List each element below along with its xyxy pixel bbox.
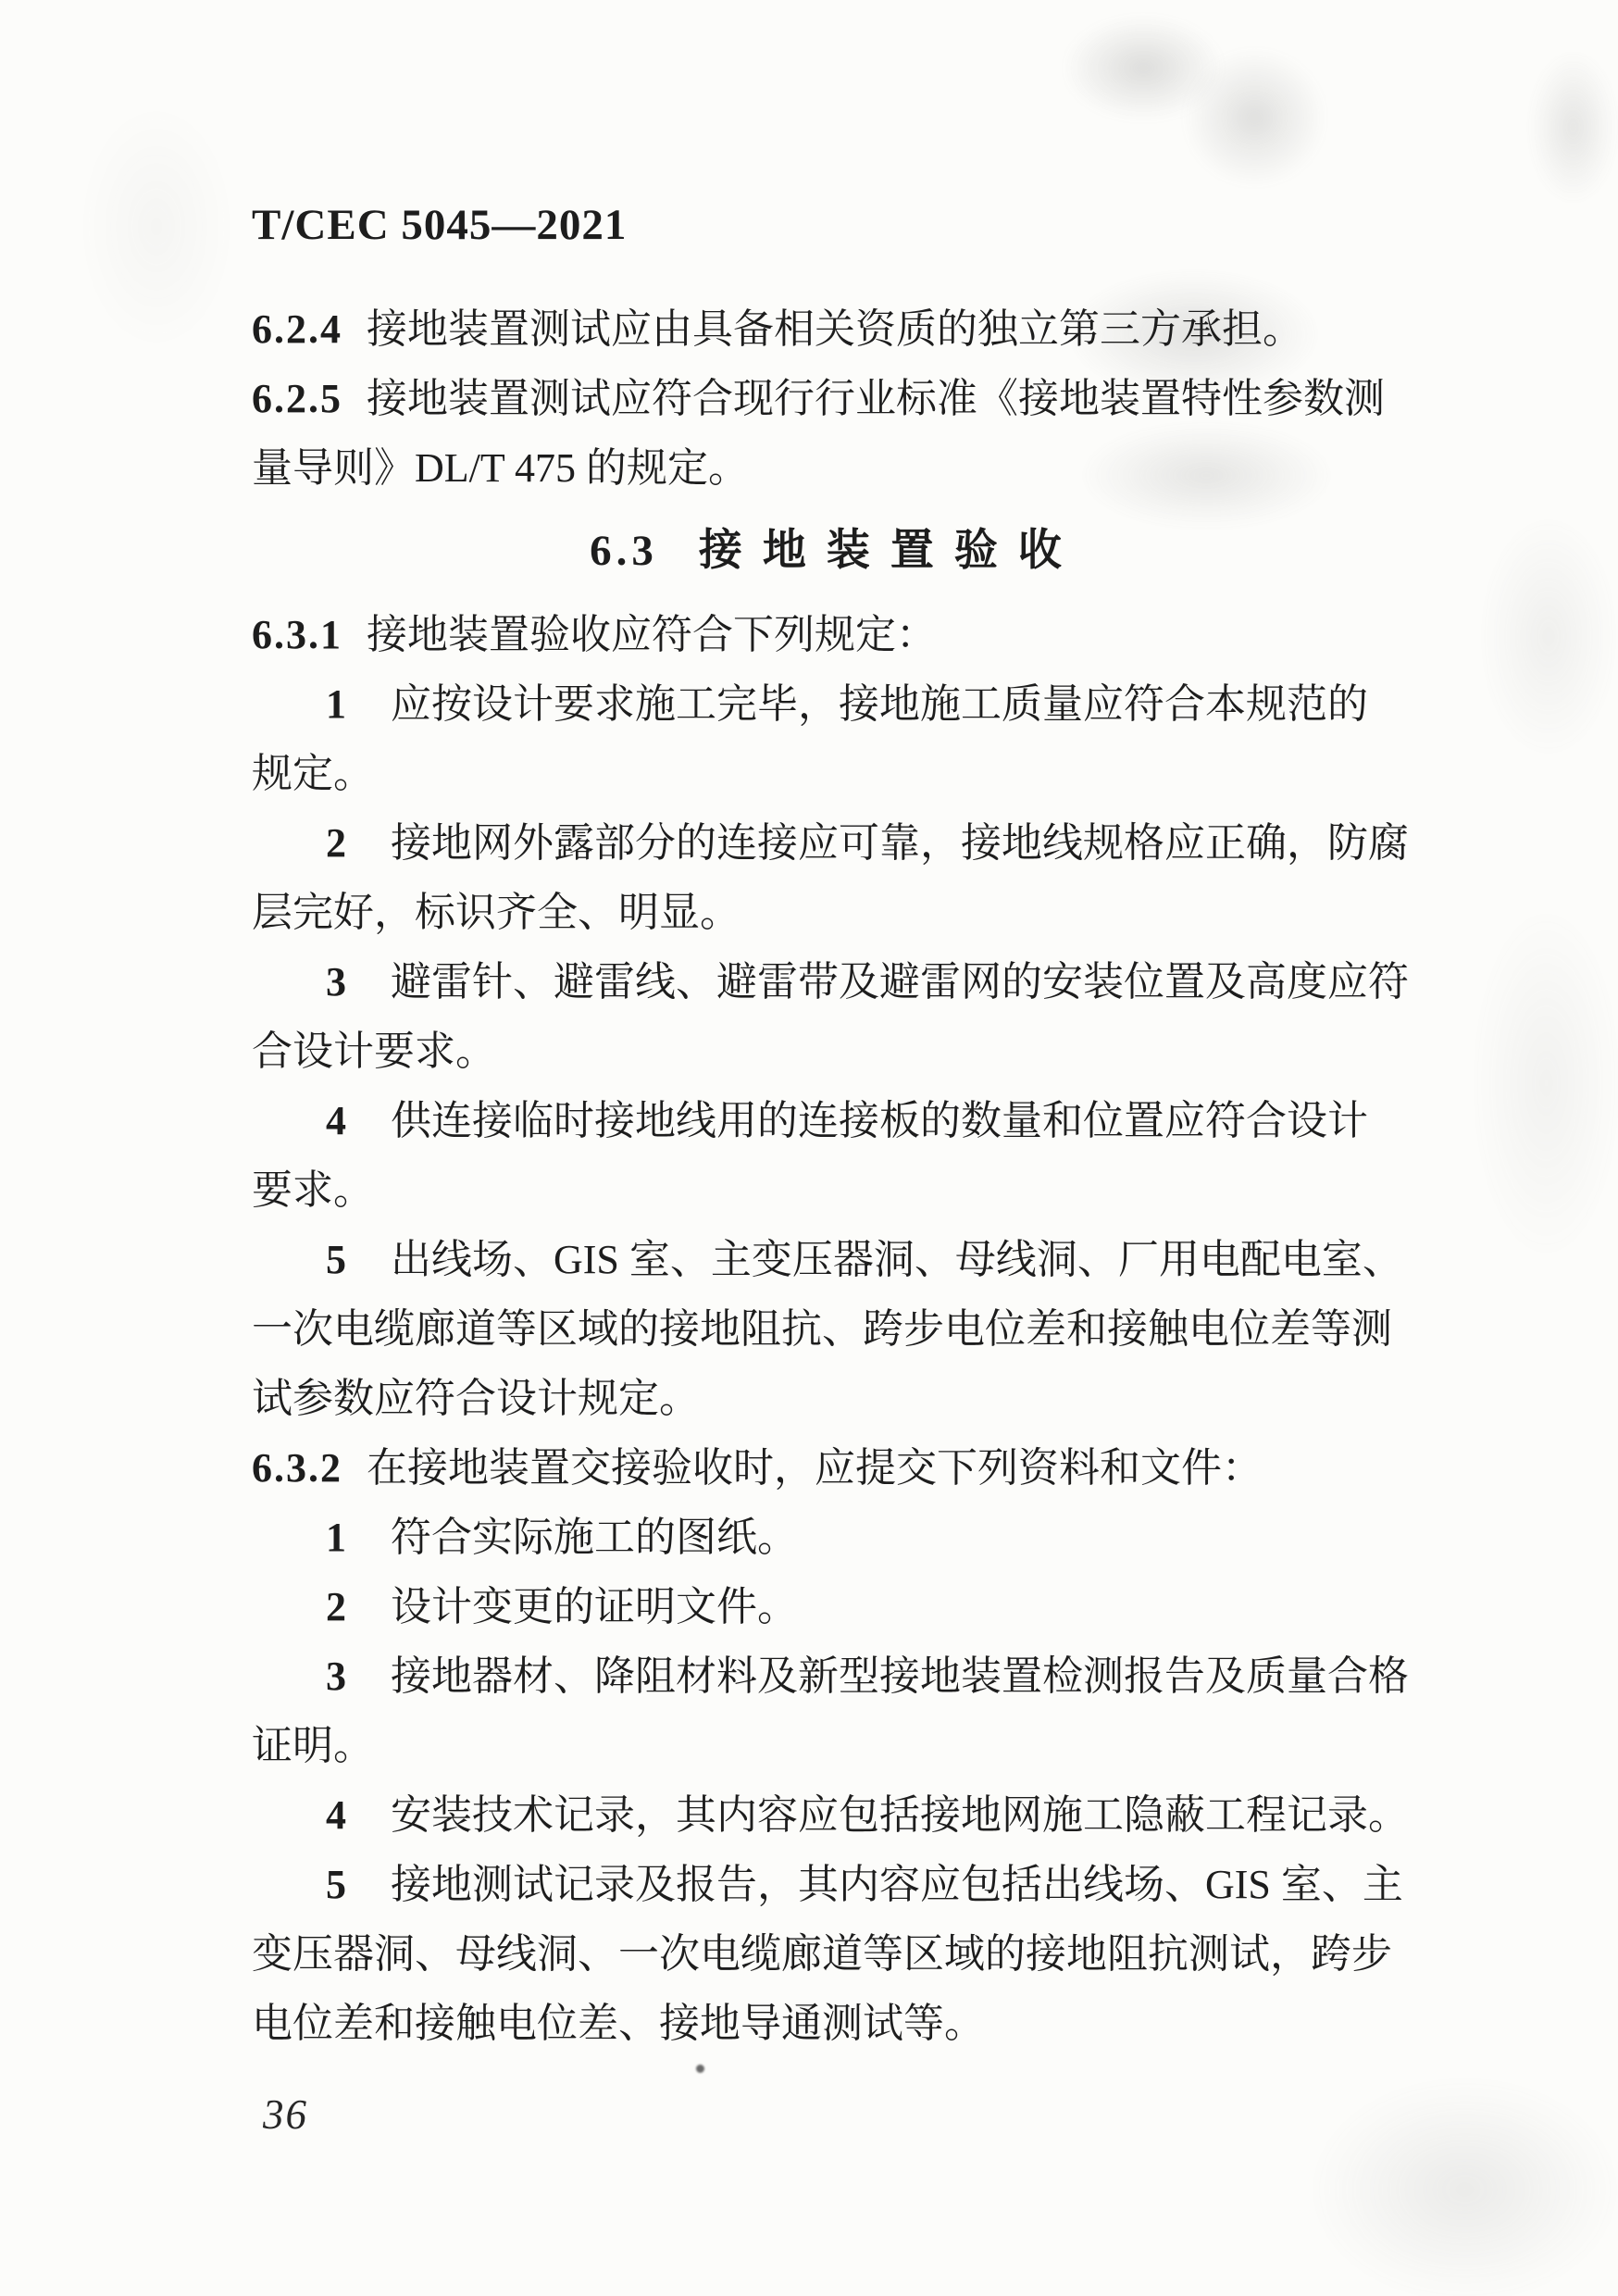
line-text: 合设计要求。: [252, 1029, 496, 1074]
document-body: 6.2.4接地装置测试应由具备相关资质的独立第三方承担。6.2.5接地装置测试应…: [252, 294, 1420, 2058]
line-text: 层完好，标识齐全、明显。: [252, 890, 741, 935]
item-line: 1应按设计要求施工完毕，接地施工质量应符合本规范的: [252, 669, 1420, 739]
line-text: 接地装置测试应符合现行行业标准《接地装置特性参数测: [367, 376, 1385, 421]
line-text: 接地装置测试应由具备相关资质的独立第三方承担。: [367, 306, 1303, 352]
scan-smudge: [1479, 514, 1618, 759]
item-line: 1符合实际施工的图纸。: [252, 1503, 1420, 1572]
line-text: 符合实际施工的图纸。: [391, 1515, 798, 1560]
clause-line: 6.3.2在接地装置交接验收时，应提交下列资料和文件：: [252, 1433, 1420, 1503]
line-text: 变压器洞、母线洞、一次电缆廊道等区域的接地阻抗测试，跨步: [252, 1931, 1392, 1977]
document-page: T/CEC 5045—2021 6.2.4接地装置测试应由具备相关资质的独立第三…: [0, 0, 1618, 2296]
line-number: 3: [326, 959, 346, 1004]
line-text: 接地测试记录及报告，其内容应包括出线场、GIS 室、主: [391, 1862, 1403, 1907]
section-number: 6.3: [590, 527, 658, 575]
line-text: 接地网外露部分的连接应可靠，接地线规格应正确，防腐: [391, 820, 1409, 866]
line-text: 接地器材、降阻材料及新型接地装置检测报告及质量合格: [391, 1653, 1409, 1699]
line-number: 6.2.5: [252, 376, 342, 421]
line-number: 1: [326, 1515, 346, 1560]
item-line: 4供连接临时接地线用的连接板的数量和位置应符合设计: [252, 1086, 1420, 1155]
line-number: 6.2.4: [252, 306, 342, 352]
line-text: 避雷针、避雷线、避雷带及避雷网的安装位置及高度应符: [391, 959, 1409, 1004]
line-number: 6.3.1: [252, 612, 342, 657]
continuation-line: 试参数应符合设计规定。: [252, 1364, 1420, 1433]
line-number: 5: [326, 1862, 346, 1907]
line-text: 一次电缆廊道等区域的接地阻抗、跨步电位差和接触电位差等测: [252, 1306, 1392, 1352]
clause-line: 6.3.1接地装置验收应符合下列规定：: [252, 600, 1420, 669]
line-number: 2: [326, 820, 346, 866]
line-text: 规定。: [252, 751, 374, 796]
line-number: 1: [326, 681, 346, 727]
line-text: 出线场、GIS 室、主变压器洞、母线洞、厂用电配电室、: [391, 1237, 1403, 1282]
scan-smudge: [78, 102, 235, 352]
line-text: 试参数应符合设计规定。: [252, 1376, 700, 1421]
item-line: 2接地网外露部分的连接应可靠，接地线规格应正确，防腐: [252, 808, 1420, 878]
item-line: 5接地测试记录及报告，其内容应包括出线场、GIS 室、主: [252, 1850, 1420, 1919]
page-number: 36: [263, 2090, 308, 2139]
continuation-line: 变压器洞、母线洞、一次电缆廊道等区域的接地阻抗测试，跨步: [252, 1919, 1420, 1989]
scan-smudge: [1183, 48, 1326, 187]
clause-line: 6.2.4接地装置测试应由具备相关资质的独立第三方承担。: [252, 294, 1420, 364]
item-line: 3接地器材、降阻材料及新型接地装置检测报告及质量合格: [252, 1641, 1420, 1711]
section-title: 接地装置验收: [699, 527, 1082, 575]
line-text: 设计变更的证明文件。: [391, 1584, 798, 1629]
item-line: 2设计变更的证明文件。: [252, 1572, 1420, 1641]
line-text: 量导则》DL/T 475 的规定。: [252, 445, 749, 491]
continuation-line: 一次电缆廊道等区域的接地阻抗、跨步电位差和接触电位差等测: [252, 1294, 1420, 1364]
item-line: 4安装技术记录，其内容应包括接地网施工隐蔽工程记录。: [252, 1780, 1420, 1850]
line-text: 在接地装置交接验收时，应提交下列资料和文件：: [367, 1445, 1263, 1491]
line-number: 5: [326, 1237, 346, 1282]
line-text: 电位差和接触电位差、接地导通测试等。: [252, 2001, 985, 2046]
line-number: 6.3.2: [252, 1445, 342, 1491]
clause-line: 6.2.5接地装置测试应符合现行行业标准《接地装置特性参数测: [252, 364, 1420, 433]
ink-speck: [696, 2065, 704, 2073]
continuation-line: 规定。: [252, 739, 1420, 808]
scan-smudge: [1470, 903, 1618, 1264]
line-number: 2: [326, 1584, 346, 1629]
line-number: 3: [326, 1653, 346, 1699]
scan-smudge: [1063, 15, 1225, 121]
standard-code-header: T/CEC 5045—2021: [252, 200, 627, 250]
line-text: 供连接临时接地线用的连接板的数量和位置应符合设计: [391, 1098, 1368, 1143]
scan-smudge: [1529, 51, 1617, 204]
line-text: 接地装置验收应符合下列规定：: [367, 612, 937, 657]
line-number: 4: [326, 1098, 346, 1143]
section-heading: 6.3接地装置验收: [252, 503, 1420, 600]
continuation-line: 合设计要求。: [252, 1017, 1420, 1086]
continuation-line: 量导则》DL/T 475 的规定。: [252, 433, 1420, 503]
item-line: 3避雷针、避雷线、避雷带及避雷网的安装位置及高度应符: [252, 947, 1420, 1017]
line-text: 要求。: [252, 1167, 374, 1213]
continuation-line: 层完好，标识齐全、明显。: [252, 878, 1420, 947]
line-text: 证明。: [252, 1723, 374, 1768]
line-number: 4: [326, 1792, 346, 1838]
item-line: 5出线场、GIS 室、主变压器洞、母线洞、厂用电配电室、: [252, 1225, 1420, 1294]
continuation-line: 证明。: [252, 1711, 1420, 1780]
scan-smudge: [1310, 2078, 1618, 2296]
line-text: 应按设计要求施工完毕，接地施工质量应符合本规范的: [391, 681, 1368, 727]
continuation-line: 要求。: [252, 1155, 1420, 1225]
continuation-line: 电位差和接触电位差、接地导通测试等。: [252, 1989, 1420, 2058]
line-text: 安装技术记录，其内容应包括接地网施工隐蔽工程记录。: [391, 1792, 1409, 1838]
